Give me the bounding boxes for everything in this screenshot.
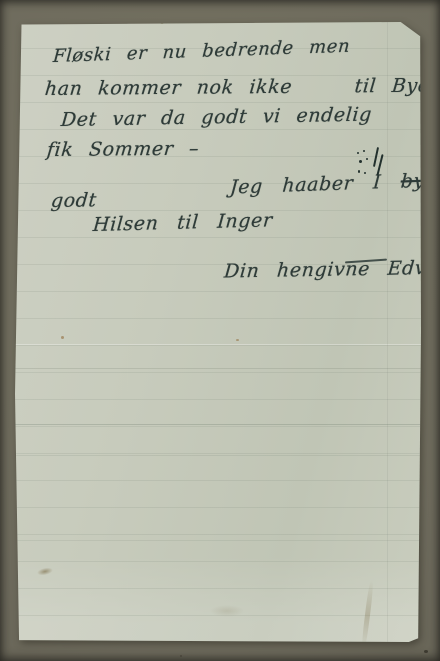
fold-crease — [15, 424, 421, 425]
ink-spatter-dot — [358, 170, 360, 173]
letter-photograph: Fløski er nu bedrende men han kommer nok… — [0, 0, 440, 661]
handwritten-line-1: Fløski er nu bedrende men — [52, 36, 351, 67]
faint-smudge — [210, 605, 244, 617]
ink-spatter-dot — [364, 172, 366, 174]
paper-shadow-wrap: Fløski er nu bedrende men han kommer nok… — [15, 22, 421, 642]
handwritten-line-3: Det var da godt vi endelig — [60, 104, 373, 131]
background-speck — [180, 655, 182, 657]
handwritten-line-2: han kommer nok ikke til Byen — [44, 75, 440, 100]
fold-crease — [15, 455, 421, 456]
tiny-speck — [61, 336, 64, 339]
brown-stain — [36, 566, 53, 576]
fold-crease — [15, 540, 421, 541]
ink-spatter-dot — [363, 150, 365, 152]
ink-spatter-dot — [359, 160, 362, 163]
ink-spatter-dot — [366, 158, 368, 160]
background-speck — [424, 650, 428, 653]
fold-crease — [15, 368, 421, 369]
line-5-struck-word: bygge — [400, 168, 440, 192]
ink-spatter-dot — [357, 152, 359, 154]
signature-text: Din hengivne Edv — [223, 257, 440, 283]
tiny-speck — [160, 20, 164, 24]
letter-paper: Fløski er nu bedrende men han kommer nok… — [15, 22, 421, 642]
tiny-speck — [236, 339, 239, 341]
paper-vertical-mark — [387, 22, 388, 642]
fold-crease — [15, 344, 421, 345]
handwritten-line-6: godt — [50, 189, 98, 212]
scratch-mark — [361, 580, 374, 650]
handwritten-line-greeting: Hilsen til Inger — [92, 209, 273, 236]
handwritten-signature: Din hengivne Edv Munch — [80, 233, 440, 307]
